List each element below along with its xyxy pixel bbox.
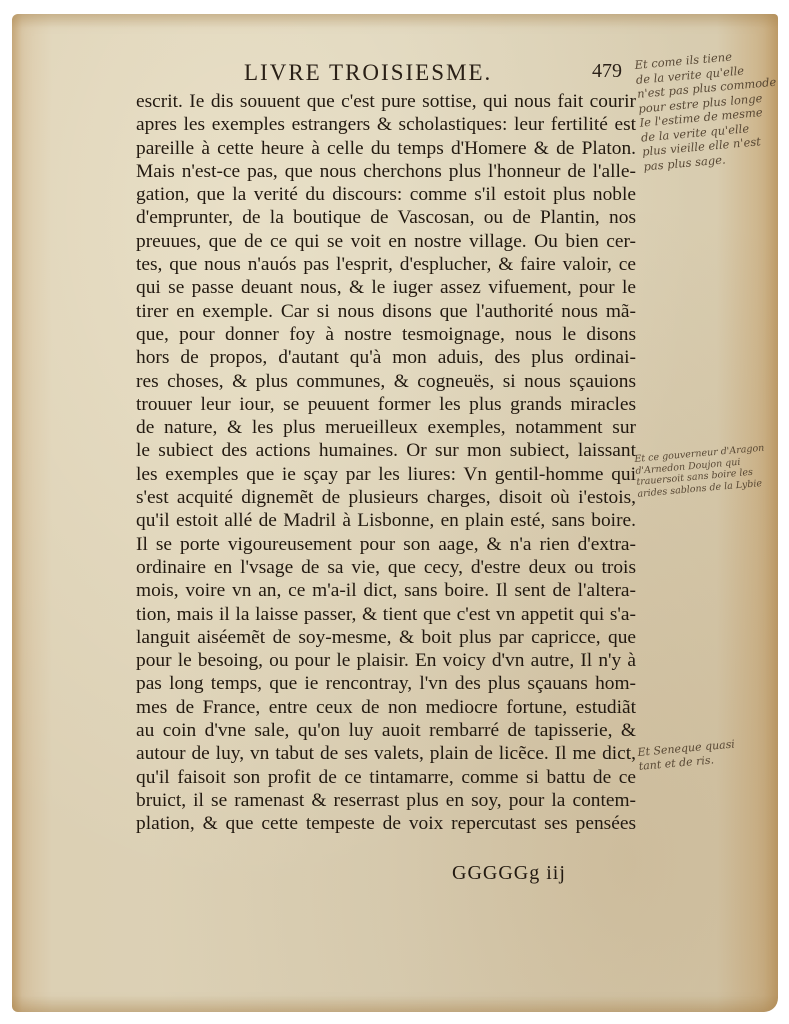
running-head: LIVRE TROISIESME. (244, 60, 492, 86)
text-line: au coin d'vne sale, qu'on luy auoit remb… (136, 719, 636, 742)
text-line: Mais n'est-ce pas, que nous cherchons pl… (136, 160, 636, 183)
page-number: 479 (592, 60, 622, 83)
text-line: tes, que nous n'auós pas l'esprit, d'esp… (136, 253, 636, 276)
text-line: apres les exemples estrangers & scholast… (136, 113, 636, 136)
text-line: pareille à cette heure à celle du temps … (136, 137, 636, 160)
book-page: LIVRE TROISIESME. 479 escrit. Ie dis sou… (12, 14, 778, 1012)
text-line: pour le besoing, ou pour le plaisir. En … (136, 649, 636, 672)
text-line: s'est acquité dignemẽt de plusieurs char… (136, 486, 636, 509)
text-line: gation, que la verité du discours: comme… (136, 183, 636, 206)
text-line: hors de propos, d'autant qu'à mon aduis,… (136, 346, 636, 369)
text-line: de nature, & les plus merueilleux exempl… (136, 416, 636, 439)
text-line: d'emprunter, de la boutique de Vascosan,… (136, 206, 636, 229)
text-line: escrit. Ie dis souuent que c'est pure so… (136, 90, 636, 113)
text-line: languit aiséemẽt de soy-mesme, & boit pl… (136, 626, 636, 649)
text-line: ordinaire en l'vsage de sa vie, que cecy… (136, 556, 636, 579)
text-line: qu'il estoit allé de Madril à Lisbonne, … (136, 509, 636, 532)
text-line: mois, voire vn an, ce m'a-il dict, sans … (136, 579, 636, 602)
text-line: les exemples que ie sçay par les liures:… (136, 463, 636, 486)
text-line: res choses, & plus communes, & cogneuës,… (136, 370, 636, 393)
text-line: preuues, que de ce qui se voit en nostre… (136, 230, 636, 253)
margin-annotation-lower: Et Seneque quasi tant et de ris. (637, 737, 737, 773)
text-line: Il se porte vigoureusement pour son aage… (136, 533, 636, 556)
text-line: le subiect des actions humaines. Or sur … (136, 439, 636, 462)
text-line: autour de luy, vn tabut de ses valets, p… (136, 742, 636, 765)
margin-annotation-top: Et come ils tiene de la verite qu'elle n… (634, 46, 783, 174)
text-line: tirer en exemple. Car si nous disons que… (136, 300, 636, 323)
text-line: tion, mais il la laisse passer, & tient … (136, 603, 636, 626)
text-line: pas long temps, que ie rencontray, l'vn … (136, 672, 636, 695)
text-line: trouuer leur iour, se peuuent former les… (136, 393, 636, 416)
text-line: plation, & que cette tempeste de voix re… (136, 812, 636, 835)
body-text: escrit. Ie dis souuent que c'est pure so… (136, 90, 636, 836)
text-line: qu'il faisoit son profit de ce tintamarr… (136, 766, 636, 789)
text-line: qui se passe deuant nous, & le iuger ass… (136, 276, 636, 299)
printer-signature: GGGGGg iij (452, 862, 566, 885)
text-line: que, pour donner foy à nostre tesmoignag… (136, 323, 636, 346)
text-line: mes de France, entre ceux de non mediocr… (136, 696, 636, 719)
text-line: bruict, il se ramenast & reserrast plus … (136, 789, 636, 812)
margin-annotation-middle: Et ce gouverneur d'Aragon d'Arnedon Douj… (634, 443, 768, 500)
